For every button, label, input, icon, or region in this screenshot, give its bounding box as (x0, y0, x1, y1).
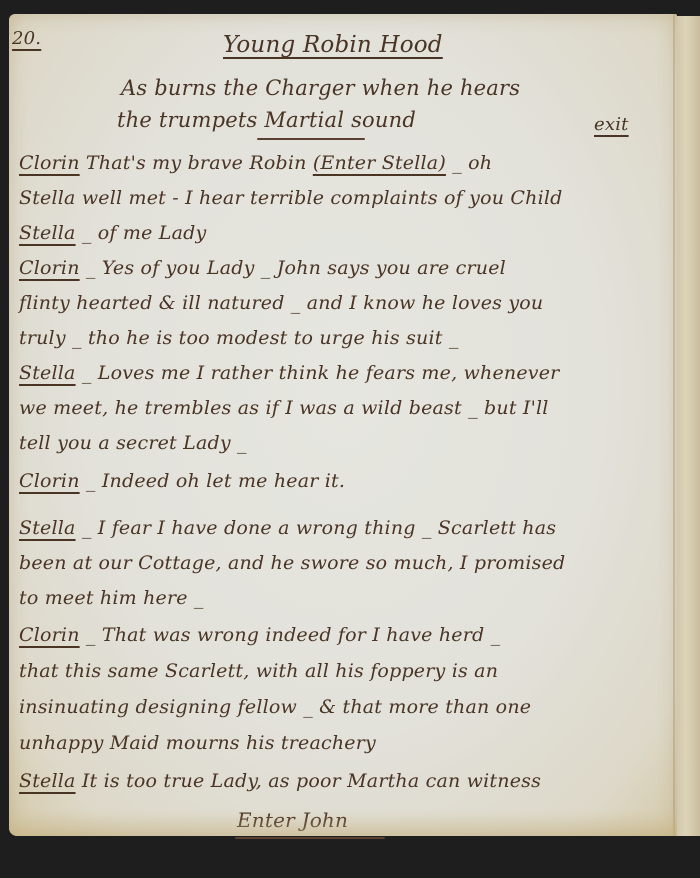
speaker-name: Stella (19, 362, 76, 384)
dialogue-line: Clorin _ Yes of you Lady _ John says you… (19, 259, 506, 278)
speaker-name: Stella (19, 517, 76, 539)
stage-direction-underline (235, 837, 385, 839)
dialogue-text: unhappy Maid mourns his treachery (19, 732, 376, 754)
dialogue-line: unhappy Maid mourns his treachery (19, 734, 376, 753)
page-title: Young Robin Hood (223, 34, 443, 57)
dialogue-line: flinty hearted & ill natured _ and I kno… (19, 294, 543, 313)
page-fold-line (673, 14, 675, 836)
dialogue-line: to meet him here _ (19, 589, 204, 608)
dialogue-line: Stella _ Loves me I rather think he fear… (19, 364, 559, 383)
verse-line-2: the trumpets Martial sound (117, 110, 416, 131)
dialogue-text: _ Indeed oh let me hear it. (80, 470, 345, 492)
page-number: 20. (12, 30, 41, 48)
speaker-name: Clorin (19, 257, 80, 279)
speaker-name: Stella (19, 770, 76, 792)
dialogue-text: _ Loves me I rather think he fears me, w… (76, 362, 560, 384)
manuscript-page: 20. Young Robin Hood As burns the Charge… (9, 14, 677, 836)
dialogue-text: that this same Scarlett, with all his fo… (19, 660, 498, 682)
dialogue-text: _ Yes of you Lady _ John says you are cr… (80, 257, 506, 279)
dialogue-line: insinuating designing fellow _ & that mo… (19, 698, 531, 717)
speaker-name: Clorin (19, 152, 80, 174)
dialogue-line: tell you a secret Lady _ (19, 434, 247, 453)
dialogue-text: we meet, he trembles as if I was a wild … (19, 397, 549, 419)
dialogue-line: Stella well met - I hear terrible compla… (19, 189, 562, 208)
dialogue-text: That's my brave Robin (80, 152, 313, 174)
dialogue-line: been at our Cottage, and he swore so muc… (19, 554, 565, 573)
speaker-name: Stella (19, 222, 76, 244)
stage-direction: (Enter Stella) (313, 152, 446, 174)
dialogue-text: truly _ tho he is too modest to urge his… (19, 327, 459, 349)
dialogue-line: Clorin _ That was wrong indeed for I hav… (19, 626, 500, 645)
speaker-name: Clorin (19, 470, 80, 492)
dialogue-line: truly _ tho he is too modest to urge his… (19, 329, 459, 348)
dialogue-line: Stella _ I fear I have done a wrong thin… (19, 519, 556, 538)
dialogue-line: Clorin _ Indeed oh let me hear it. (19, 472, 345, 491)
dialogue-line: Stella It is too true Lady, as poor Mart… (19, 772, 541, 791)
stage-direction-exit: exit (594, 116, 629, 134)
verse-divider-rule (257, 138, 365, 140)
dialogue-text: insinuating designing fellow _ & that mo… (19, 696, 531, 718)
dialogue-text: tell you a secret Lady _ (19, 432, 247, 454)
dialogue-line: Clorin That's my brave Robin (Enter Stel… (19, 154, 492, 173)
dialogue-text: _ I fear I have done a wrong thing _ Sca… (76, 517, 557, 539)
dialogue-text: flinty hearted & ill natured _ and I kno… (19, 292, 543, 314)
dialogue-line: we meet, he trembles as if I was a wild … (19, 399, 549, 418)
dialogue-text: Stella well met - I hear terrible compla… (19, 187, 562, 209)
dialogue-text: _ That was wrong indeed for I have herd … (80, 624, 501, 646)
stage-direction-enter: Enter John (237, 810, 348, 830)
dialogue-text: to meet him here _ (19, 587, 204, 609)
dialogue-line: Stella _ of me Lady (19, 224, 206, 243)
speaker-name: Clorin (19, 624, 80, 646)
dialogue-text: _ of me Lady (76, 222, 207, 244)
dialogue-line: that this same Scarlett, with all his fo… (19, 662, 498, 681)
verse-line-1: As burns the Charger when he hears (121, 78, 520, 99)
underlying-page-edge (676, 16, 700, 836)
dialogue-text: _ oh (446, 152, 492, 174)
dialogue-text: It is too true Lady, as poor Martha can … (76, 770, 541, 792)
dialogue-text: been at our Cottage, and he swore so muc… (19, 552, 565, 574)
